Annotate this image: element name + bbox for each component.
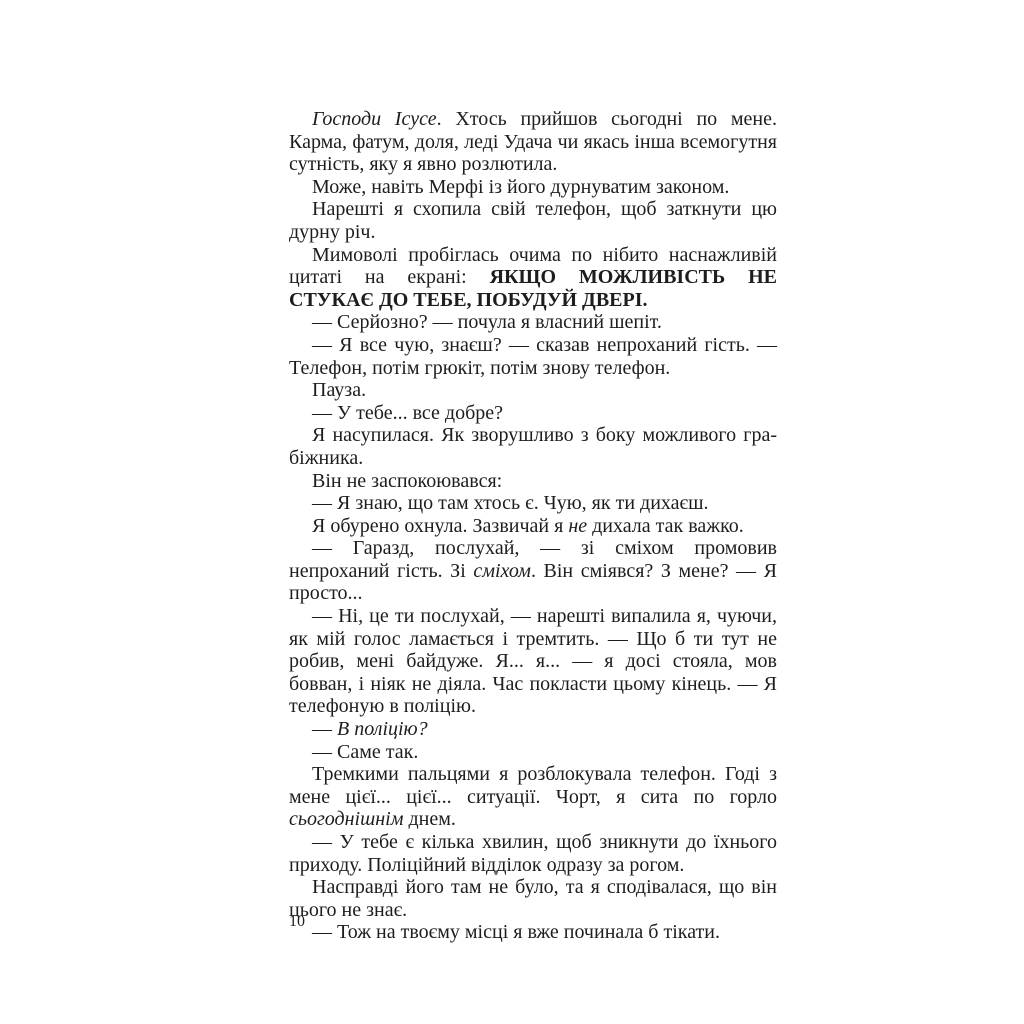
paragraph-17: Тремкими пальцями я розблокувала телефон… [289, 763, 777, 831]
paragraph-6: — Я все чую, знаєш? — сказав непроханий … [289, 334, 777, 379]
paragraph-20: — Тож на твоєму місці я вже починала б т… [289, 921, 777, 944]
paragraph-10: Він не заспокоювався: [289, 470, 777, 493]
text-run: сьогоднішнім [289, 808, 403, 830]
text-run: Я насупилася. Як зворушливо з боку можли… [289, 424, 777, 469]
paragraph-9: Я насупилася. Як зворушливо з боку можли… [289, 424, 777, 469]
paragraph-3: Нарешті я схопила свій телефон, щоб затк… [289, 198, 777, 243]
text-run: — Тож на твоєму місці я вже починала б т… [312, 921, 720, 943]
paragraph-2: Може, навіть Мерфі із його дурнуватим за… [289, 176, 777, 199]
text-run: сміхом [473, 560, 531, 582]
paragraph-1: Господи Ісусе. Хтось прийшов сьогодні по… [289, 108, 777, 176]
text-run: дихала так важко. [587, 515, 744, 537]
text-run: В поліцію? [337, 718, 428, 740]
text-run: Може, навіть Мерфі із його дурнуватим за… [312, 176, 729, 198]
text-run: — Я знаю, що там хтось є. Чую, як ти дих… [312, 492, 709, 514]
text-run: Він не заспокоювався: [312, 470, 502, 492]
text-run: — [312, 718, 337, 740]
paragraph-7: Пауза. [289, 379, 777, 402]
text-run: Нарешті я схопила свій телефон, щоб затк… [289, 198, 777, 243]
text-run: Я обурено охнула. Зазвичай я [312, 515, 568, 537]
text-run: Насправді його там не було, та я сподіва… [289, 876, 777, 921]
book-page: Господи Ісусе. Хтось прийшов сьогодні по… [0, 0, 1024, 1024]
page-number: 10 [289, 913, 305, 931]
paragraph-14: — Ні, це ти послухай, — нарешті випалила… [289, 605, 777, 718]
text-run: Господи Ісусе [312, 108, 437, 130]
text-run: — Ні, це ти послухай, — нарешті випалила… [289, 605, 777, 717]
text-run: — У тебе є кілька хвилин, щоб зникнути д… [289, 831, 777, 876]
paragraph-15: — В поліцію? [289, 718, 777, 741]
paragraph-16: — Саме так. [289, 741, 777, 764]
paragraph-4: Мимоволі пробіглась очима по нібито насн… [289, 244, 777, 312]
page-text-block: Господи Ісусе. Хтось прийшов сьогодні по… [289, 108, 777, 944]
text-run: не [568, 515, 587, 537]
text-run: днем. [403, 808, 455, 830]
paragraph-12: Я обурено охнула. Зазвичай я не дихала т… [289, 515, 777, 538]
text-run: — Серйозно? — почула я власний шепіт. [312, 311, 662, 333]
paragraph-13: — Гаразд, послухай, — зі сміхом промовив… [289, 537, 777, 605]
text-run: Пауза. [312, 379, 366, 401]
paragraph-18: — У тебе є кілька хвилин, щоб зникнути д… [289, 831, 777, 876]
text-run: — У тебе... все добре? [312, 402, 503, 424]
text-run: — Саме так. [312, 741, 418, 763]
paragraph-8: — У тебе... все добре? [289, 402, 777, 425]
text-run: Тремкими пальцями я розблокувала телефон… [289, 763, 777, 808]
paragraph-11: — Я знаю, що там хтось є. Чую, як ти дих… [289, 492, 777, 515]
paragraph-19: Насправді його там не було, та я сподіва… [289, 876, 777, 921]
paragraph-5: — Серйозно? — почула я власний шепіт. [289, 311, 777, 334]
text-run: — Я все чую, знаєш? — сказав непроханий … [289, 334, 777, 379]
